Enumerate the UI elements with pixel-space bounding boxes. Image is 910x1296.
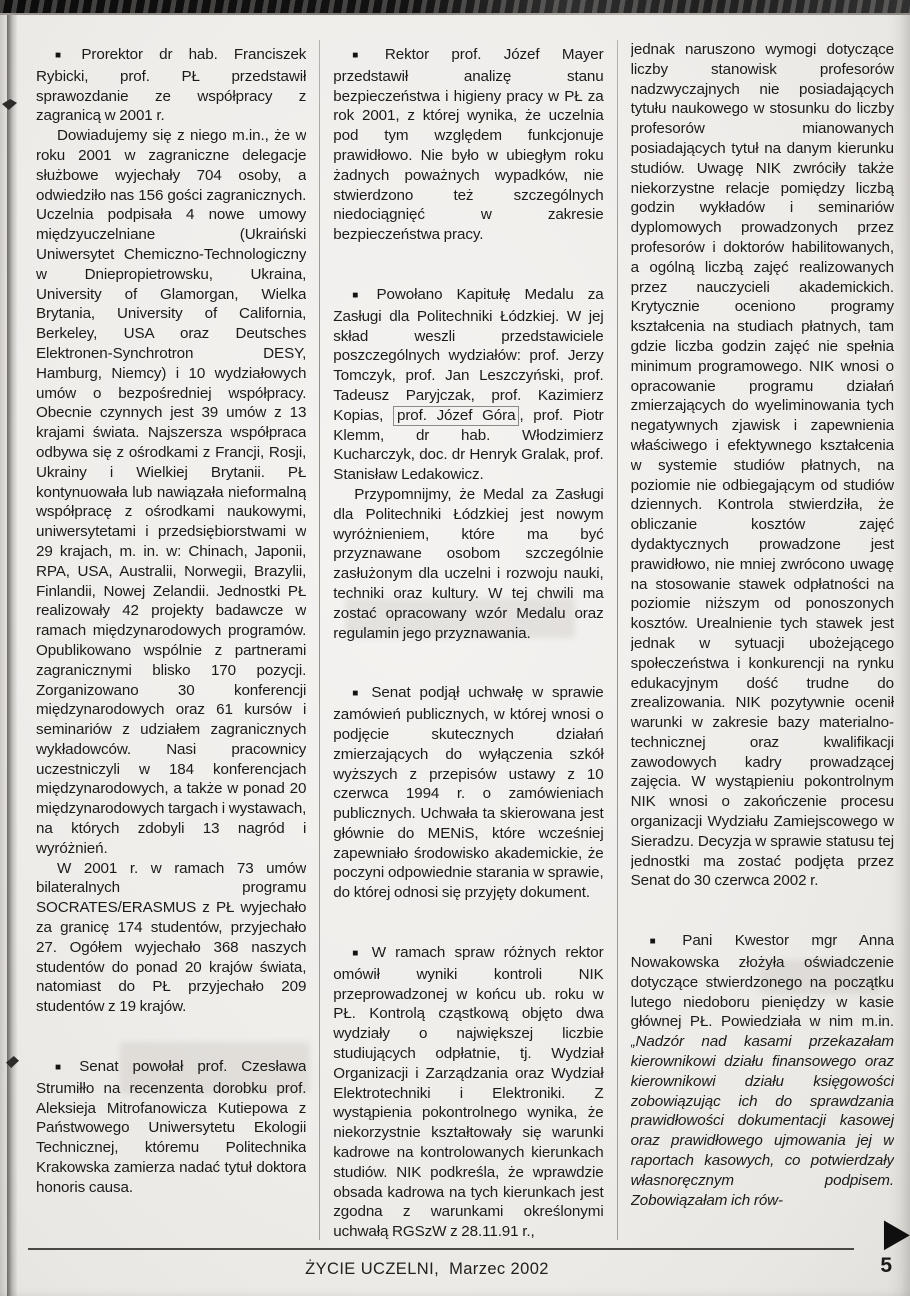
page-footer: ŻYCIE UCZELNI,Marzec 2002 5 xyxy=(0,1248,910,1296)
column-left: ■Prorektor dr hab. Franciszek Rybicki, p… xyxy=(36,40,306,1240)
column-right: jednak naruszono wymogi dotyczące liczby… xyxy=(631,40,894,1240)
article-columns: ■Prorektor dr hab. Franciszek Rybicki, p… xyxy=(36,40,894,1240)
column-middle: ■Rektor prof. Józef Mayer przedstawił an… xyxy=(333,40,603,1240)
boxed-name: prof. Józef Góra xyxy=(393,406,519,426)
bullet-square-icon: ■ xyxy=(55,50,73,61)
paragraph: ■Senat podjął uchwałę w sprawie zamówień… xyxy=(333,683,603,903)
page-number: 5 xyxy=(880,1254,892,1278)
paragraph: ■Prorektor dr hab. Franciszek Rybicki, p… xyxy=(36,45,306,126)
text-segment: W 2001 r. w ramach 73 umów bilateralnych… xyxy=(36,860,306,1016)
footer-rule xyxy=(28,1248,854,1250)
scanned-newsletter-page: ■Prorektor dr hab. Franciszek Rybicki, p… xyxy=(0,0,910,1296)
paragraph: ■Senat powołał prof. Czesława Strumiłło … xyxy=(36,1057,306,1198)
paragraph: ■Powołano Kapitułę Medalu za Zasługi dla… xyxy=(333,285,603,485)
paragraph: Przypomnijmy, że Medal za Zasługi dla Po… xyxy=(333,485,603,643)
text-segment: W ramach spraw różnych rektor omówił wyn… xyxy=(333,944,603,1240)
text-segment: jednak naruszono wymogi dotyczące liczby… xyxy=(631,41,894,889)
bullet-square-icon: ■ xyxy=(55,1062,71,1073)
text-segment: Powołano Kapitułę Medalu za Zasługi dla … xyxy=(333,286,603,424)
paragraph: Dowiadujemy się z niego m.in., że w roku… xyxy=(36,126,306,858)
bullet-square-icon: ■ xyxy=(352,50,377,61)
journal-title: ŻYCIE UCZELNI, xyxy=(305,1260,439,1278)
text-segment: Senat powołał prof. Czesława Strumiłło n… xyxy=(36,1058,306,1196)
paragraph: jednak naruszono wymogi dotyczące liczby… xyxy=(631,40,894,891)
text-segment: Dowiadujemy się z niego m.in., że w roku… xyxy=(36,127,306,857)
text-segment: Senat podjął uchwałę w sprawie zamówień … xyxy=(333,684,603,901)
text-segment: Przypomnijmy, że Medal za Zasługi dla Po… xyxy=(333,486,603,642)
bullet-square-icon: ■ xyxy=(352,688,363,699)
bullet-square-icon: ■ xyxy=(352,948,363,959)
bullet-square-icon: ■ xyxy=(650,936,675,947)
scan-edge-artifact xyxy=(0,0,910,13)
journal-issue: Marzec 2002 xyxy=(449,1260,549,1278)
bullet-square-icon: ■ xyxy=(352,290,368,301)
footer-journal-line: ŻYCIE UCZELNI,Marzec 2002 xyxy=(0,1260,854,1279)
scan-gutter-shadow xyxy=(7,15,18,1296)
text-segment: „Nadzór nad kasami przekazałam kierownik… xyxy=(631,1033,894,1208)
column-divider xyxy=(617,40,618,1240)
paragraph: ■Pani Kwestor mgr Anna Nowakowska złożył… xyxy=(631,931,894,1210)
text-segment: Prorektor dr hab. Franciszek Rybicki, pr… xyxy=(36,46,306,124)
paragraph: ■Rektor prof. Józef Mayer przedstawił an… xyxy=(333,45,603,245)
continuation-arrow-icon: ▶ xyxy=(884,1213,910,1252)
paragraph: W 2001 r. w ramach 73 umów bilateralnych… xyxy=(36,859,306,1017)
column-divider xyxy=(319,40,320,1240)
text-segment: Rektor prof. Józef Mayer przedstawił ana… xyxy=(333,46,603,243)
paragraph: ■W ramach spraw różnych rektor omówił wy… xyxy=(333,943,603,1240)
